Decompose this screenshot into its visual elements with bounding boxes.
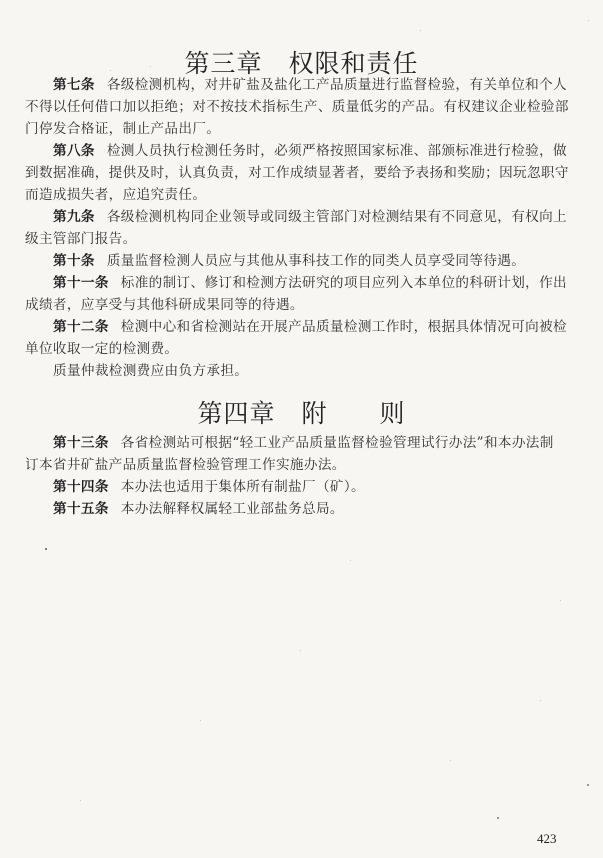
- article-text: 本办法解释权属轻工业部盐务总局。: [121, 501, 344, 517]
- article-text: 本办法也适用于集体所有制盐厂（矿）。: [121, 479, 365, 495]
- article-7-line-3: 门停发合格证，制止产品出厂。: [25, 120, 573, 138]
- page-number: 423: [537, 831, 557, 847]
- article-11-line-1: 第十一条标准的制订、修订和检测方法研究的项目应列入本单位的科研计划，作出: [53, 274, 573, 292]
- article-label: 第十二条: [53, 319, 109, 335]
- chapter-4-title: 第四章 附 则: [0, 394, 603, 430]
- article-label: 第十四条: [53, 479, 109, 495]
- article-text: 质量监督检测人员应与其他从事科技工作的同类人员享受同等待遇。: [107, 253, 525, 269]
- article-text: 检测人员执行检测任务时，必须严格按照国家标准、部颁标准进行检验，做: [107, 143, 567, 159]
- article-7-line-2: 不得以任何借口加以拒绝；对不按技术指标生产、质量低劣的产品。有权建议企业检验部: [25, 98, 573, 116]
- article-13-line-2: 订本省井矿盐产品质量监督检验管理工作实施办法。: [25, 456, 573, 474]
- article-13-line-1: 第十三条各省检测站可根据“轻工业产品质量监督检验管理试行办法”和本办法制: [53, 434, 573, 452]
- article-label: 第十三条: [53, 435, 109, 451]
- article-8-line-1: 第八条检测人员执行检测任务时，必须严格按照国家标准、部颁标准进行检验，做: [53, 142, 573, 160]
- article-8-line-2: 到数据准确，提供及时，认真负责，对工作成绩显著者，要给予表扬和奖励；因玩忽职守: [25, 164, 573, 182]
- chapter-3-title: 第三章 权限和责任: [0, 44, 603, 80]
- document-page: 第三章 权限和责任 第七条各级检测机构，对井矿盐及盐化工产品质量进行监督检验，有…: [0, 0, 603, 858]
- article-text: 各省检测站可根据“轻工业产品质量监督检验管理试行办法”和本办法制: [121, 435, 554, 451]
- article-label: 第七条: [53, 77, 95, 93]
- article-label: 第八条: [53, 143, 95, 159]
- article-label: 第九条: [53, 209, 95, 225]
- article-12-line-1: 第十二条检测中心和省检测站在开展产品质量检测工作时，根据具体情况可向被检: [53, 318, 573, 336]
- article-12-line-2: 单位收取一定的检测费。: [25, 340, 573, 358]
- article-text: 标准的制订、修订和检测方法研究的项目应列入本单位的科研计划，作出: [121, 275, 567, 291]
- article-10-line-1: 第十条质量监督检测人员应与其他从事科技工作的同类人员享受同等待遇。: [53, 252, 573, 270]
- article-9-line-1: 第九条各级检测机构同企业领导或同级主管部门对检测结果有不同意见，有权向上: [53, 208, 573, 226]
- article-14-line-1: 第十四条本办法也适用于集体所有制盐厂（矿）。: [53, 478, 573, 496]
- article-label: 第十一条: [53, 275, 109, 291]
- article-12-line-3: 质量仲裁检测费应由负方承担。: [53, 362, 573, 380]
- article-text: 各级检测机构同企业领导或同级主管部门对检测结果有不同意见，有权向上: [107, 209, 567, 225]
- article-11-line-2: 成绩者，应享受与其他科研成果同等的待遇。: [25, 296, 573, 314]
- article-9-line-2: 级主管部门报告。: [25, 230, 573, 248]
- article-label: 第十五条: [53, 501, 109, 517]
- article-15-line-1: 第十五条本办法解释权属轻工业部盐务总局。: [53, 500, 573, 518]
- article-7-line-1: 第七条各级检测机构，对井矿盐及盐化工产品质量进行监督检验，有关单位和个人: [53, 76, 573, 94]
- article-8-line-3: 而造成损失者，应追究责任。: [25, 186, 573, 204]
- article-label: 第十条: [53, 253, 95, 269]
- article-text: 各级检测机构，对井矿盐及盐化工产品质量进行监督检验，有关单位和个人: [107, 77, 567, 93]
- article-text: 检测中心和省检测站在开展产品质量检测工作时，根据具体情况可向被检: [121, 319, 567, 335]
